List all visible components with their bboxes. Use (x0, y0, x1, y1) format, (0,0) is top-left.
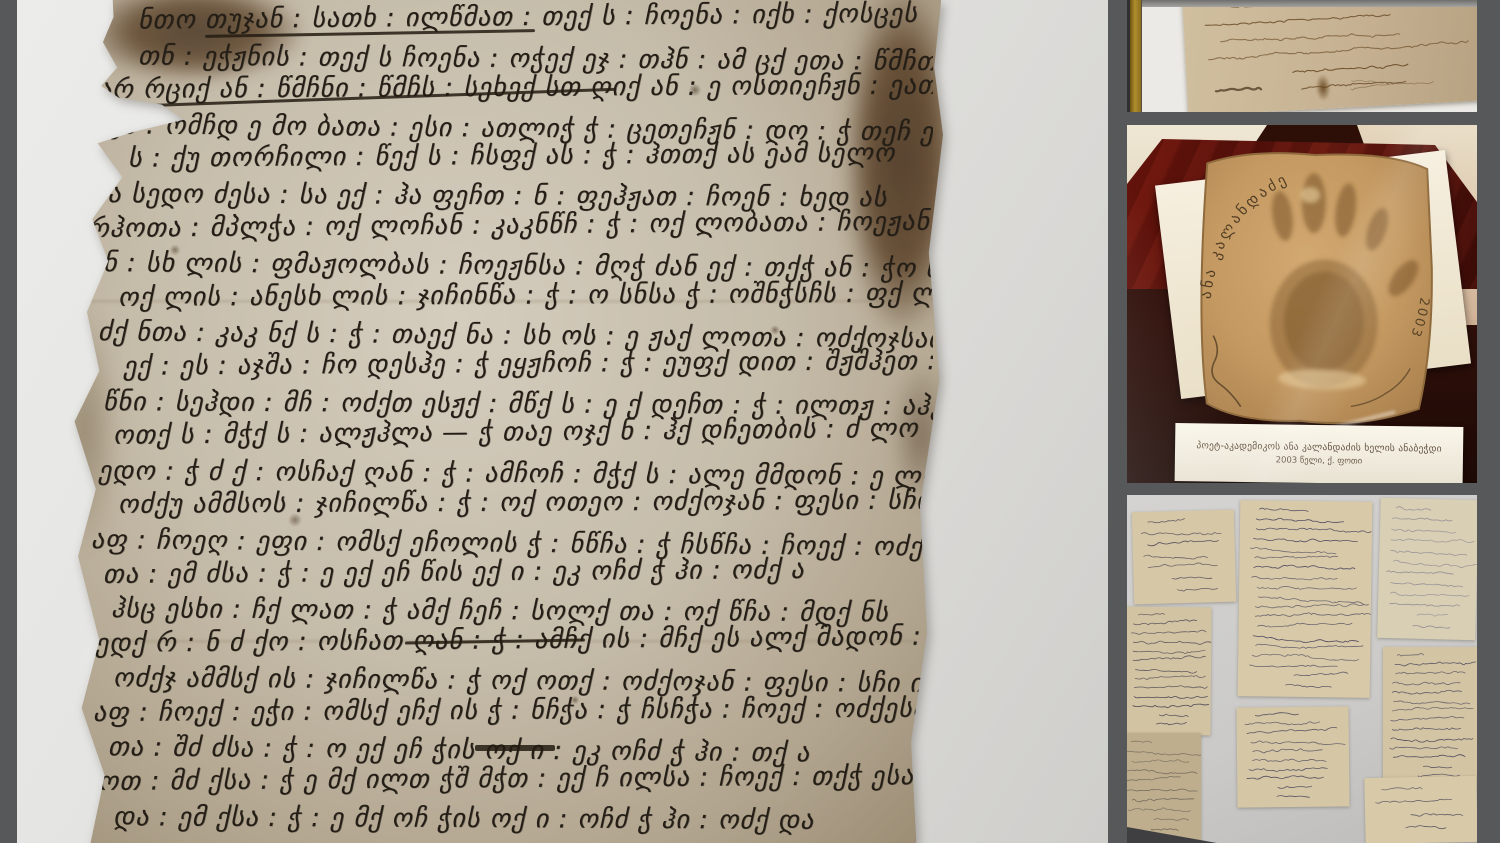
letter-page (1377, 498, 1477, 641)
handprint-tablet-panel: ანა კალანდაძე 2003 პოეტ-აკადემიკოს ანა კ… (1127, 125, 1477, 483)
letter-handwriting (1364, 776, 1477, 843)
manuscript-line: და : ემ ქსა : ჭ : ე მქ ოჩ ჭის ოქ ი : ოჩძ… (83, 800, 933, 839)
manuscript-line: ოქ ლის : ანესხ ლის : ჯიჩინწა : ჭ : ო სნს… (83, 276, 933, 315)
manuscript-line: აფ : ჩოექ : ეჭი : ომსქ ეჩქ ის ჭ : ნჩჭა :… (83, 691, 933, 730)
caption-card: პოეტ-აკადემიკოს ანა კალანდაძის ხელის ანა… (1175, 423, 1464, 483)
clay-tablet: ანა კალანდაძე 2003 (1180, 139, 1442, 436)
gold-frame-edge (1130, 0, 1141, 112)
frame-shadow (1127, 0, 1477, 7)
letter-page (1127, 733, 1201, 841)
letter-handwriting (1377, 498, 1477, 641)
frame-outer-edge (1127, 0, 1130, 112)
manuscript-line: თა : ემ ძსა : ჭ : ე ექ ეჩ წის ექ ი : ეკ … (83, 552, 933, 593)
letter-handwriting (1127, 607, 1212, 736)
letter-handwriting (1132, 510, 1236, 605)
letter-page (1127, 607, 1212, 736)
manuscript-text-block: ნთო თუჯან : სათხ : ილწმათ : თექ ს : ჩოენ… (83, 4, 933, 843)
handwritten-note-paper (1182, 0, 1477, 112)
manuscript-line: ოთ : მძ ქსა : ჭ ე მქ ილთ ჭშ მჭთ : ექ ჩ ი… (83, 759, 933, 800)
parchment-sheet: ნთო თუჯან : სათხ : ილწმათ : თექ ს : ჩოენ… (55, 0, 943, 843)
framed-document-panel (1127, 0, 1477, 112)
letter-handwriting (1236, 706, 1349, 807)
letter-page (1236, 706, 1349, 807)
manuscript-line: ს : ქუ თორჩილი : წექ ს : ჩსფქ ას : ჭ : ჰ… (83, 136, 933, 177)
manuscript-line: ნთო თუჯან : სათხ : ილწმათ : თექ ს : ჩოენ… (83, 0, 933, 39)
letter-handwriting (1127, 733, 1201, 841)
caption-line-2: 2003 წელი, ქ. ფოთი (1276, 455, 1363, 466)
caption-line-1: პოეტ-აკადემიკოს ანა კალანდაძის ხელის ანა… (1196, 440, 1442, 454)
manuscript-line: ოთქ ს : მჭქ ს : ალჟჰლა — ჭ თაე ოჯქ ნ : ჰ… (83, 412, 933, 454)
letter-handwriting (1238, 500, 1373, 698)
manuscript-line: ექ : ეს : აჯშა : ჩო დესჰე : ჭ ეყჟჩოჩ : ჭ… (83, 344, 933, 385)
manuscript-line: ოძქუ ამმსოს : ჯიჩილწა : ჭ : ოქ ოთეო : ოძ… (83, 484, 933, 523)
letter-page (1238, 500, 1373, 698)
letter-page (1364, 776, 1477, 843)
letters-display-panel (1127, 495, 1477, 843)
photo-collage: ნთო თუჯან : სათხ : ილწმათ : თექ ს : ჩოენ… (0, 0, 1500, 843)
letter-page (1132, 510, 1236, 605)
letter-handwriting (1383, 647, 1477, 787)
manuscript-photo-panel: ნთო თუჯან : სათხ : ილწმათ : თექ ს : ჩოენ… (17, 0, 1108, 843)
manuscript-line: რჰოთა : მპლჭა : ოქ ლოჩან : კაკნწჩ : ჭ : … (83, 204, 933, 246)
letter-page (1383, 647, 1477, 787)
ink-dash (475, 745, 555, 751)
